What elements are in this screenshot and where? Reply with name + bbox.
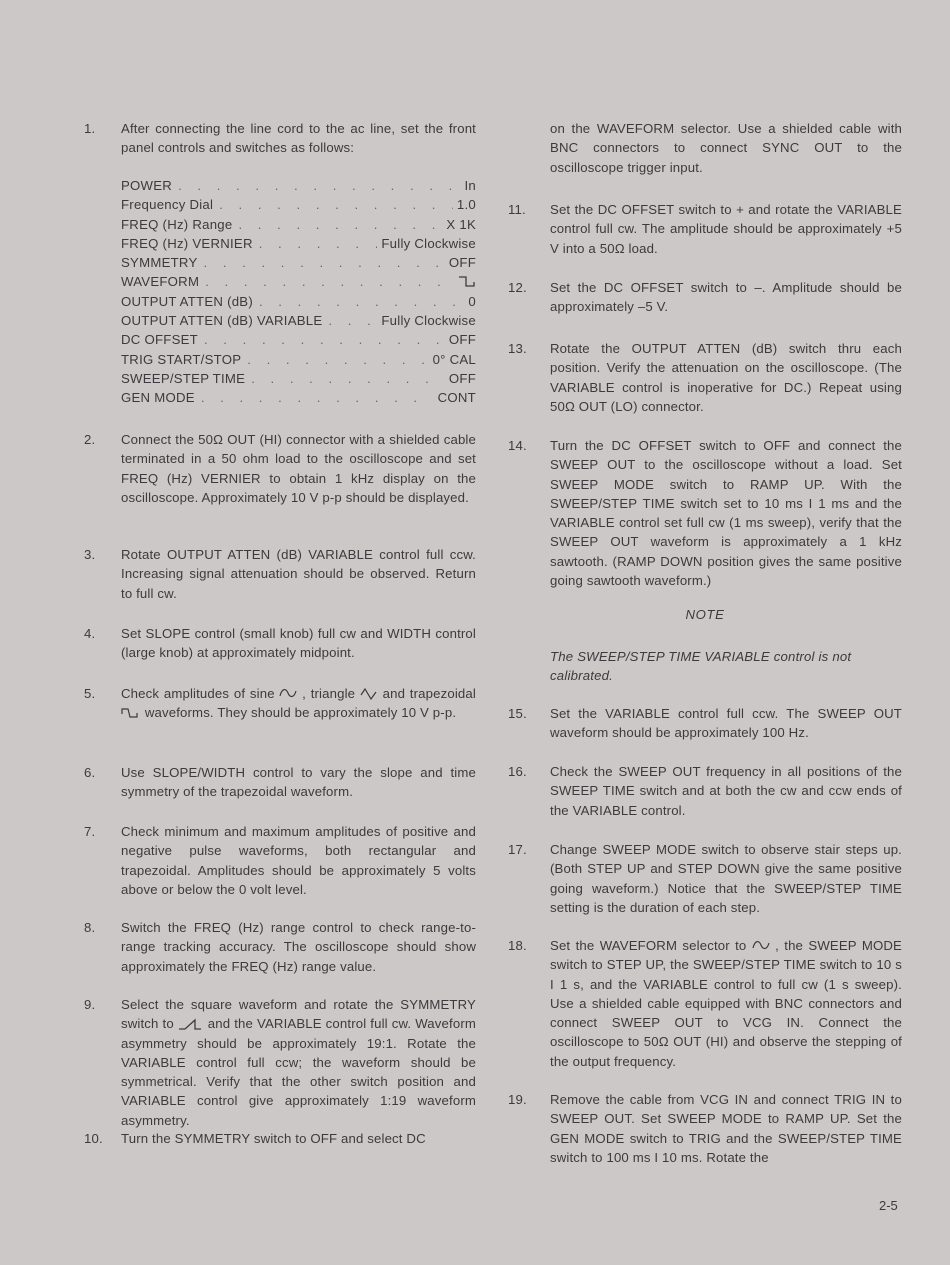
step-6: 6. Use SLOPE/WIDTH control to vary the s…	[84, 763, 476, 802]
step-2: 2. Connect the 50Ω OUT (HI) connector wi…	[84, 430, 476, 507]
setting-output-atten-variable: OUTPUT ATTEN (dB) VARIABLEFully Clockwis…	[121, 311, 476, 330]
step-10: 10. Turn the SYMMETRY switch to OFF and …	[84, 1129, 476, 1148]
setting-power: POWERIn	[121, 176, 476, 195]
step-7: 7. Check minimum and maximum amplitudes …	[84, 822, 476, 899]
step-19: 19. Remove the cable from VCG IN and con…	[508, 1090, 902, 1167]
step-18: 18. Set the WAVEFORM selector to , the S…	[508, 936, 902, 1071]
step-12: 12. Set the DC OFFSET switch to –. Ampli…	[508, 278, 902, 317]
page-number: 2-5	[879, 1198, 898, 1213]
step-1: 1. After connecting the line cord to the…	[84, 119, 476, 158]
step-11: 11. Set the DC OFFSET switch to + and ro…	[508, 200, 902, 258]
setting-freq-range: FREQ (Hz) RangeX 1K	[121, 215, 476, 234]
setting-waveform: WAVEFORM	[121, 272, 476, 291]
step-17: 17. Change SWEEP MODE switch to observe …	[508, 840, 902, 917]
sine-waveform-icon	[752, 939, 770, 952]
settings-list: POWERIn Frequency Dial1.0 FREQ (Hz) Rang…	[121, 176, 476, 408]
square-waveform-icon	[458, 274, 476, 288]
sine-waveform-icon	[279, 687, 297, 700]
step-9: 9. Select the square waveform and rotate…	[84, 995, 476, 1130]
step-16: 16. Check the SWEEP OUT frequency in all…	[508, 762, 902, 820]
setting-trig-start-stop: TRIG START/STOP0° CAL	[121, 350, 476, 369]
triangle-waveform-icon	[360, 687, 378, 700]
setting-frequency-dial: Frequency Dial1.0	[121, 195, 476, 214]
step-13: 13. Rotate the OUTPUT ATTEN (dB) switch …	[508, 339, 902, 416]
setting-symmetry: SYMMETRYOFF	[121, 253, 476, 272]
step-4: 4. Set SLOPE control (small knob) full c…	[84, 624, 476, 663]
trapezoidal-waveform-icon	[121, 706, 141, 719]
step-14: 14. Turn the DC OFFSET switch to OFF and…	[508, 436, 902, 590]
setting-freq-vernier: FREQ (Hz) VERNIERFully Clockwise	[121, 234, 476, 253]
step-3: 3. Rotate OUTPUT ATTEN (dB) VARIABLE con…	[84, 545, 476, 603]
step-8: 8. Switch the FREQ (Hz) range control to…	[84, 918, 476, 976]
step-15: 15. Set the VARIABLE control full ccw. T…	[508, 704, 902, 743]
setting-output-atten: OUTPUT ATTEN (dB)0	[121, 292, 476, 311]
note-body: The SWEEP/STEP TIME VARIABLE control is …	[550, 647, 862, 686]
step-number: 1.	[84, 119, 118, 138]
step-5: 5. Check amplitudes of sine , triangle a…	[84, 684, 476, 723]
setting-sweep-step-time: SWEEP/STEP TIMEOFF	[121, 369, 476, 388]
setting-gen-mode: GEN MODECONT	[121, 388, 476, 407]
step-text: After connecting the line cord to the ac…	[121, 119, 476, 158]
step-10-continued: on the WAVEFORM selector. Use a shielded…	[508, 119, 902, 177]
setting-dc-offset: DC OFFSETOFF	[121, 330, 476, 349]
asymmetric-waveform-icon	[178, 1018, 204, 1030]
note-heading: NOTE	[508, 607, 902, 622]
